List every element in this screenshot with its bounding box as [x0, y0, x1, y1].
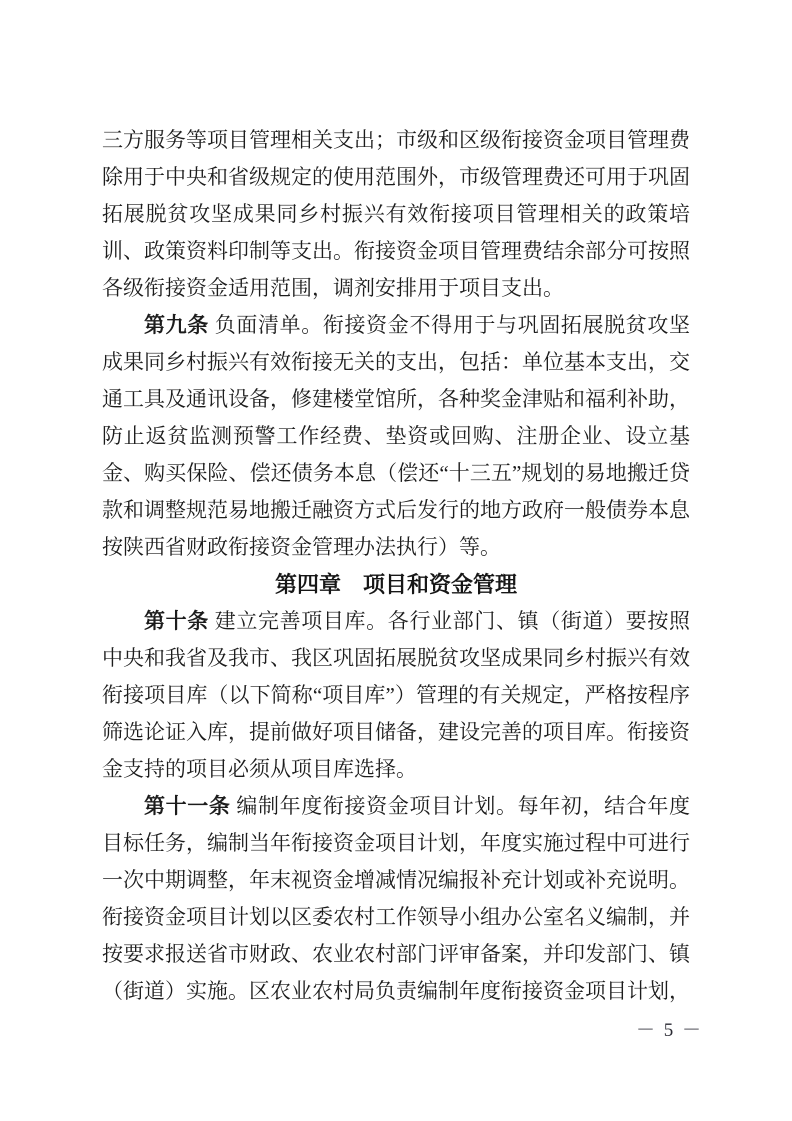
article-11-text: 编制年度衔接资金项目计划。每年初，结合年度目标任务，编制当年衔接资金项目计划，年…	[102, 794, 690, 1003]
article-9-text: 负面清单。衔接资金不得用于与巩固拓展脱贫攻坚成果同乡村振兴有效衔接无关的支出，包…	[102, 313, 690, 559]
paragraph-article-10: 第十条 建立完善项目库。各行业部门、镇（街道）要按照中央和我省及我市、我区巩固拓…	[102, 603, 690, 788]
page-number: － 5 －	[636, 1019, 703, 1043]
document-body: 三方服务等项目管理相关支出；市级和区级衔接资金项目管理费除用于中央和省级规定的使…	[102, 122, 690, 1010]
article-10-lead: 第十条	[144, 610, 209, 633]
article-9-lead: 第九条	[144, 314, 209, 337]
chapter-4-heading: 第四章 项目和资金管理	[102, 566, 690, 603]
article-11-lead: 第十一条	[144, 795, 231, 818]
document-page: 三方服务等项目管理相关支出；市级和区级衔接资金项目管理费除用于中央和省级规定的使…	[0, 0, 792, 1121]
paragraph-continuation: 三方服务等项目管理相关支出；市级和区级衔接资金项目管理费除用于中央和省级规定的使…	[102, 122, 690, 307]
paragraph-article-11: 第十一条 编制年度衔接资金项目计划。每年初，结合年度目标任务，编制当年衔接资金项…	[102, 788, 690, 1010]
paragraph-continuation-text: 三方服务等项目管理相关支出；市级和区级衔接资金项目管理费除用于中央和省级规定的使…	[102, 128, 690, 300]
article-10-text: 建立完善项目库。各行业部门、镇（街道）要按照中央和我省及我市、我区巩固拓展脱贫攻…	[102, 609, 690, 781]
paragraph-article-9: 第九条 负面清单。衔接资金不得用于与巩固拓展脱贫攻坚成果同乡村振兴有效衔接无关的…	[102, 307, 690, 566]
